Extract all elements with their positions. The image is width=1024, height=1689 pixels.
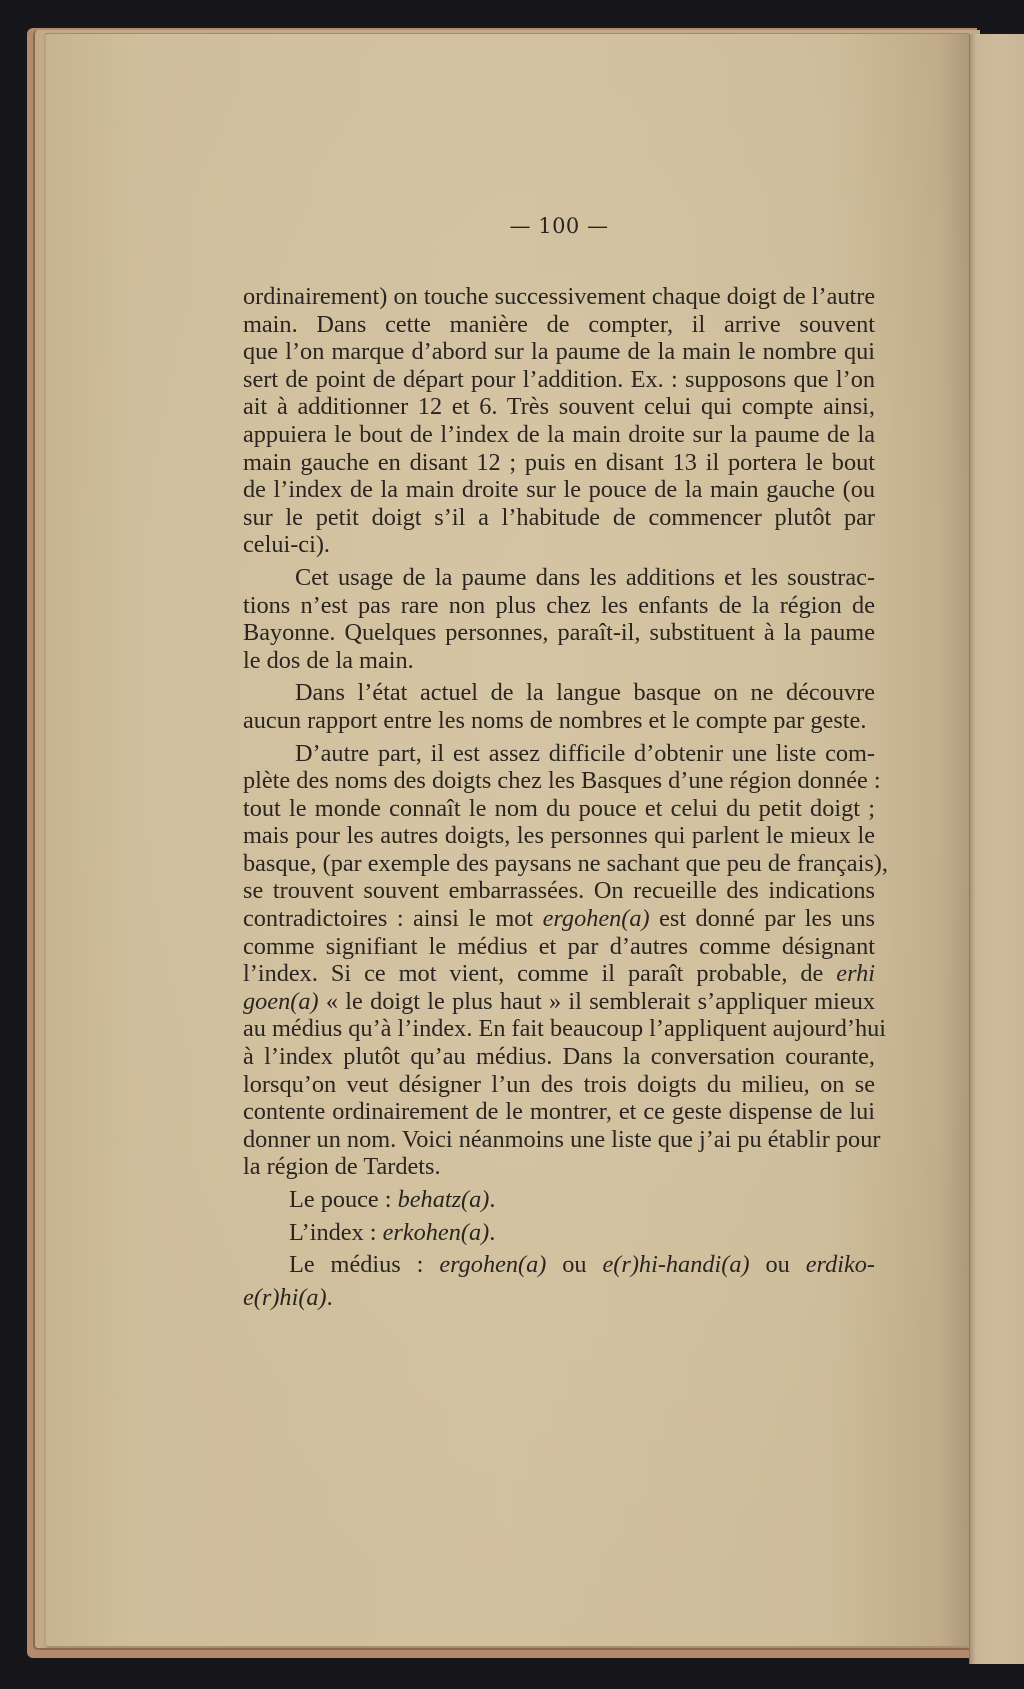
text-run: ou	[546, 1251, 602, 1278]
text-line: que l’on marque d’abord sur la paume de …	[243, 338, 875, 366]
text-line: la région de Tardets.	[243, 1153, 875, 1181]
text-line: contradictoires : ainsi le mot ergohen(a…	[243, 905, 875, 933]
text-run: .	[489, 1219, 495, 1246]
facing-page-edge	[969, 34, 1024, 1664]
text-line: tions n’est pas rare non plus chez les e…	[243, 592, 875, 620]
basque-term: e(r)hi-handi(a)	[603, 1251, 750, 1278]
text-line: à l’index plutôt qu’au médius. Dans la c…	[243, 1043, 875, 1071]
text-line: main. Dans cette manière de compter, il …	[243, 311, 875, 339]
basque-term: ergohen(a)	[543, 905, 650, 932]
page-number: — 100 —	[243, 214, 875, 238]
text-run: D’autre part, il est assez difficile d’o…	[295, 740, 875, 767]
text-line: ait à additionner 12 et 6. Très souvent …	[243, 393, 875, 421]
text-run: .	[489, 1186, 495, 1213]
basque-term: goen(a)	[243, 988, 319, 1015]
text-line: goen(a) « le doigt le plus haut » il sem…	[243, 988, 875, 1016]
text-run: tout le monde connaît le nom du pouce et…	[243, 795, 875, 822]
text-line: main gauche en disant 12 ; puis en disan…	[243, 449, 875, 477]
text-run: ou	[750, 1251, 806, 1278]
text-line: sert de point de départ pour l’addition.…	[243, 366, 875, 394]
text-run: au médius qu’à l’index. En fait beaucoup…	[243, 1015, 886, 1042]
text-line: Bayonne. Quelques personnes, paraît-il, …	[243, 619, 875, 647]
text-line: aucun rapport entre les noms de nombres …	[243, 707, 875, 735]
finger-label: L’index :	[289, 1219, 383, 1246]
paragraph-p3: Dans l’état actuel de la langue basque o…	[243, 679, 875, 734]
text-run: se trouvent souvent embarrassées. On rec…	[243, 877, 875, 904]
basque-term: erkohen(a)	[383, 1219, 490, 1246]
text-run: lorsqu’on veut désigner l’un des trois d…	[243, 1071, 875, 1098]
paragraph-p4: D’autre part, il est assez difficile d’o…	[243, 740, 875, 1182]
basque-term: e(r)hi(a)	[243, 1284, 327, 1311]
text-run: mais pour les autres doigts, les personn…	[243, 822, 875, 849]
text-line: comme signifiant le médius et par d’autr…	[243, 933, 875, 961]
text-line: sur le petit doigt s’il a l’habitude de …	[243, 504, 875, 532]
text-line: Dans l’état actuel de la langue basque o…	[243, 679, 875, 707]
text-line: lorsqu’on veut désigner l’un des trois d…	[243, 1071, 875, 1099]
text-line: mais pour les autres doigts, les personn…	[243, 822, 875, 850]
basque-term: ergohen(a)	[439, 1251, 546, 1278]
text-run: « le doigt le plus haut » il semblerait …	[319, 988, 875, 1015]
text-run: .	[327, 1284, 333, 1311]
text-line: se trouvent souvent embarrassées. On rec…	[243, 877, 875, 905]
paragraphs: ordinairement) on touche successivement …	[243, 283, 875, 1181]
text-line: contente ordinairement de le montrer, et…	[243, 1098, 875, 1126]
text-line: donner un nom. Voici néanmoins une liste…	[243, 1126, 875, 1154]
finger-entry: L’index : erkohen(a).	[243, 1219, 875, 1247]
finger-label: Le médius :	[289, 1251, 439, 1278]
text-run: donner un nom. Voici néanmoins une liste…	[243, 1126, 880, 1153]
text-line: D’autre part, il est assez difficile d’o…	[243, 740, 875, 768]
text-line: ordinairement) on touche successivement …	[243, 283, 875, 311]
text-run: la région de Tardets.	[243, 1153, 441, 1180]
text-line: Cet usage de la paume dans les additions…	[243, 564, 875, 592]
text-run: à l’index plutôt qu’au médius. Dans la c…	[243, 1043, 875, 1070]
finger-label: Le pouce :	[289, 1186, 398, 1213]
book-page: — 100 — ordinairement) on touche success…	[44, 33, 969, 1648]
basque-term: behatz(a)	[398, 1186, 490, 1213]
text-line: tout le monde connaît le nom du pouce et…	[243, 795, 875, 823]
text-line: le dos de la main.	[243, 647, 875, 675]
text-line: l’index. Si ce mot vient, comme il paraî…	[243, 960, 875, 988]
body-text: ordinairement) on touche successivement …	[243, 283, 875, 1311]
paragraph-p2: Cet usage de la paume dans les additions…	[243, 564, 875, 674]
text-line: appuiera le bout de l’index de la main d…	[243, 421, 875, 449]
basque-term: erdiko-	[806, 1251, 875, 1278]
text-run: contente ordinairement de le montrer, et…	[243, 1098, 875, 1125]
finger-entry: Le pouce : behatz(a).	[243, 1186, 875, 1214]
text-line: plète des noms des doigts chez les Basqu…	[243, 767, 875, 795]
text-run: contradictoires : ainsi le mot	[243, 905, 543, 932]
text-line: celui-ci).	[243, 531, 875, 559]
text-run: l’index. Si ce mot vient, comme il paraî…	[243, 960, 836, 987]
text-run: plète des noms des doigts chez les Basqu…	[243, 767, 881, 794]
basque-term: erhi	[836, 960, 875, 987]
text-line: de l’index de la main droite sur le pouc…	[243, 476, 875, 504]
finger-entry: Le médius : ergohen(a) ou e(r)hi-handi(a…	[243, 1251, 875, 1279]
text-line: au médius qu’à l’index. En fait beaucoup…	[243, 1015, 875, 1043]
paragraph-p1-continuation: ordinairement) on touche successivement …	[243, 283, 875, 559]
text-line: basque, (par exemple des paysans ne sach…	[243, 850, 875, 878]
text-run: basque, (par exemple des paysans ne sach…	[243, 850, 888, 877]
finger-entry-continuation: e(r)hi(a).	[243, 1284, 875, 1312]
text-run: est donné par les uns	[650, 905, 875, 932]
text-run: comme signifiant le médius et par d’autr…	[243, 933, 875, 960]
finger-name-list: Le pouce : behatz(a).L’index : erkohen(a…	[243, 1186, 875, 1311]
